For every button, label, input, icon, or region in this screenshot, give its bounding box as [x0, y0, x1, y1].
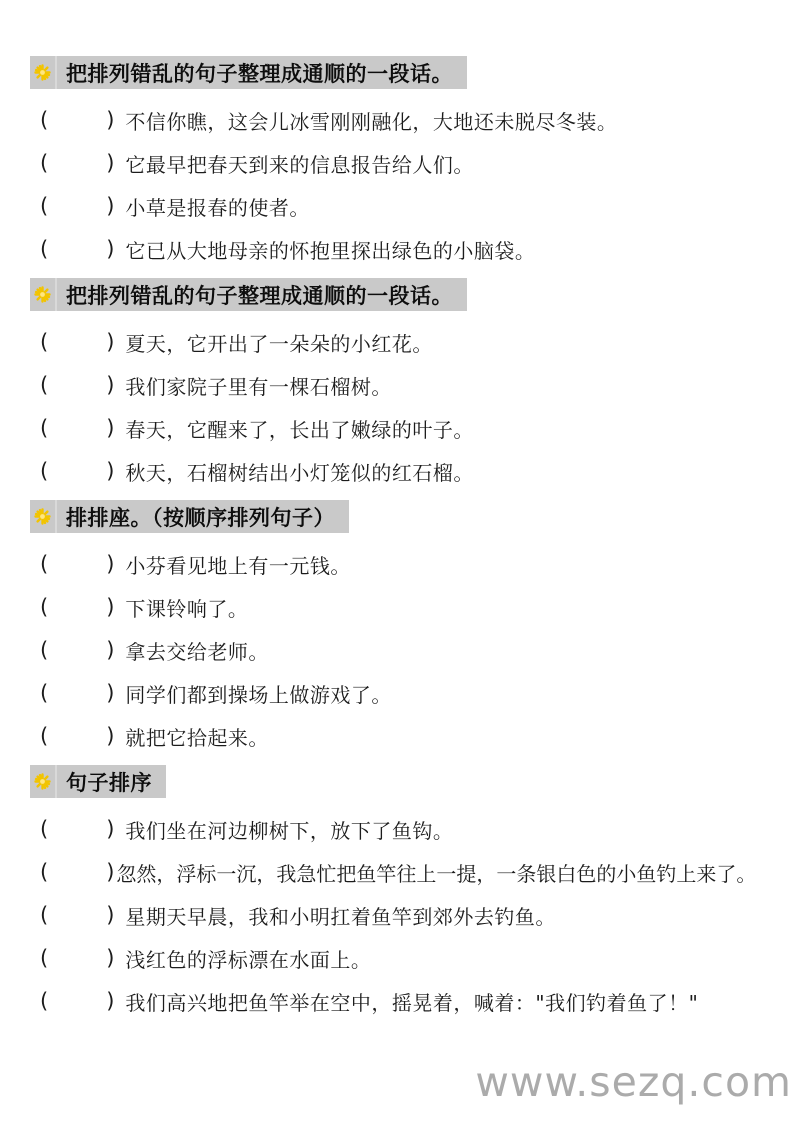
open-paren: ( [40, 459, 48, 483]
flower-icon [30, 500, 57, 533]
section-header: 句子排序 [30, 765, 166, 798]
sentence-row: () 春天，它醒来了，长出了嫩绿的叶子。 [0, 414, 800, 442]
close-paren: ) [106, 989, 114, 1013]
close-paren: ) [106, 860, 114, 884]
answer-blank[interactable] [48, 595, 106, 619]
close-paren: ) [106, 638, 114, 662]
answer-blank[interactable] [48, 416, 106, 440]
sentence-text: 春天，它醒来了，长出了嫩绿的叶子。 [125, 414, 474, 443]
sentence-text: 就把它拾起来。 [125, 722, 269, 751]
sentence-text: 我们家院子里有一棵石榴树。 [125, 371, 392, 400]
sentence-row: () 小芬看见地上有一元钱。 [0, 550, 800, 578]
close-paren: ) [106, 373, 114, 397]
sentence-text: 我们高兴地把鱼竿举在空中，摇晃着，喊着："我们钓着鱼了！" [125, 987, 698, 1016]
sentence-row: () 它最早把春天到来的信息报告给人们。 [0, 149, 800, 177]
answer-blank[interactable] [48, 946, 106, 970]
answer-blank[interactable] [48, 330, 106, 354]
sentence-row: () 忽然，浮标一沉，我急忙把鱼竿往上一提，一条银白色的小鱼钓上来了。 [0, 858, 800, 886]
answer-blank[interactable] [48, 151, 106, 175]
open-paren: ( [40, 373, 48, 397]
sentence-row: () 浅红色的浮标漂在水面上。 [0, 944, 800, 972]
watermark: www.sezq.com [475, 1058, 792, 1106]
section-title: 把排列错乱的句子整理成通顺的一段话。 [57, 278, 467, 311]
open-paren: ( [40, 989, 48, 1013]
sentence-row: () 夏天，它开出了一朵朵的小红花。 [0, 328, 800, 356]
open-paren: ( [40, 860, 48, 884]
sentence-text: 下课铃响了。 [125, 593, 248, 622]
sentence-text: 它最早把春天到来的信息报告给人们。 [125, 149, 474, 178]
sentence-row: () 它已从大地母亲的怀抱里探出绿色的小脑袋。 [0, 235, 800, 263]
answer-blank[interactable] [48, 681, 106, 705]
sentence-text: 星期天早晨，我和小明扛着鱼竿到郊外去钓鱼。 [125, 901, 556, 930]
open-paren: ( [40, 595, 48, 619]
close-paren: ) [106, 724, 114, 748]
close-paren: ) [106, 459, 114, 483]
close-paren: ) [106, 681, 114, 705]
sentence-row: () 不信你瞧，这会儿冰雪刚刚融化，大地还未脱尽冬装。 [0, 106, 800, 134]
section-header: 把排列错乱的句子整理成通顺的一段话。 [30, 278, 467, 311]
sentence-text: 夏天，它开出了一朵朵的小红花。 [125, 328, 433, 357]
sentence-text: 小草是报春的使者。 [125, 192, 310, 221]
close-paren: ) [106, 595, 114, 619]
close-paren: ) [106, 194, 114, 218]
sentence-text: 我们坐在河边柳树下，放下了鱼钩。 [125, 815, 453, 844]
close-paren: ) [106, 903, 114, 927]
open-paren: ( [40, 416, 48, 440]
sentence-row: () 小草是报春的使者。 [0, 192, 800, 220]
open-paren: ( [40, 903, 48, 927]
flower-icon [30, 56, 57, 89]
close-paren: ) [106, 151, 114, 175]
open-paren: ( [40, 817, 48, 841]
section-title: 把排列错乱的句子整理成通顺的一段话。 [57, 56, 467, 89]
open-paren: ( [40, 151, 48, 175]
open-paren: ( [40, 237, 48, 261]
answer-blank[interactable] [48, 237, 106, 261]
answer-blank[interactable] [48, 860, 106, 884]
answer-blank[interactable] [48, 552, 106, 576]
sentence-row: () 我们高兴地把鱼竿举在空中，摇晃着，喊着："我们钓着鱼了！" [0, 987, 800, 1015]
close-paren: ) [106, 237, 114, 261]
sentence-row: () 秋天，石榴树结出小灯笼似的红石榴。 [0, 457, 800, 485]
flower-icon [30, 765, 57, 798]
sentence-text: 秋天，石榴树结出小灯笼似的红石榴。 [125, 457, 474, 486]
sentence-row: () 拿去交给老师。 [0, 636, 800, 664]
flower-icon [30, 278, 57, 311]
answer-blank[interactable] [48, 638, 106, 662]
answer-blank[interactable] [48, 459, 106, 483]
sentence-text: 同学们都到操场上做游戏了。 [125, 679, 392, 708]
open-paren: ( [40, 194, 48, 218]
answer-blank[interactable] [48, 373, 106, 397]
open-paren: ( [40, 638, 48, 662]
sentence-row: () 同学们都到操场上做游戏了。 [0, 679, 800, 707]
sentence-text: 浅红色的浮标漂在水面上。 [125, 944, 371, 973]
close-paren: ) [106, 552, 114, 576]
worksheet-page: { "punctuation": { "open": "(", "close":… [0, 0, 800, 1131]
sentence-row: () 就把它拾起来。 [0, 722, 800, 750]
section-header: 把排列错乱的句子整理成通顺的一段话。 [30, 56, 467, 89]
section-header: 排排座。（按顺序排列句子） [30, 500, 349, 533]
open-paren: ( [40, 681, 48, 705]
answer-blank[interactable] [48, 194, 106, 218]
close-paren: ) [106, 946, 114, 970]
section-title: 句子排序 [57, 765, 166, 798]
sentence-text: 拿去交给老师。 [125, 636, 269, 665]
sentence-text: 忽然，浮标一沉，我急忙把鱼竿往上一提，一条银白色的小鱼钓上来了。 [116, 858, 756, 887]
answer-blank[interactable] [48, 724, 106, 748]
section-title: 排排座。（按顺序排列句子） [57, 500, 349, 533]
sentence-row: () 我们坐在河边柳树下，放下了鱼钩。 [0, 815, 800, 843]
sentence-row: () 我们家院子里有一棵石榴树。 [0, 371, 800, 399]
answer-blank[interactable] [48, 989, 106, 1013]
open-paren: ( [40, 724, 48, 748]
sentence-row: () 下课铃响了。 [0, 593, 800, 621]
answer-blank[interactable] [48, 817, 106, 841]
answer-blank[interactable] [48, 903, 106, 927]
open-paren: ( [40, 108, 48, 132]
close-paren: ) [106, 416, 114, 440]
close-paren: ) [106, 108, 114, 132]
sentence-text: 它已从大地母亲的怀抱里探出绿色的小脑袋。 [125, 235, 535, 264]
sentence-text: 不信你瞧，这会儿冰雪刚刚融化，大地还未脱尽冬装。 [125, 106, 617, 135]
open-paren: ( [40, 330, 48, 354]
open-paren: ( [40, 946, 48, 970]
sentence-row: () 星期天早晨，我和小明扛着鱼竿到郊外去钓鱼。 [0, 901, 800, 929]
close-paren: ) [106, 330, 114, 354]
sentence-text: 小芬看见地上有一元钱。 [125, 550, 351, 579]
answer-blank[interactable] [48, 108, 106, 132]
close-paren: ) [106, 817, 114, 841]
open-paren: ( [40, 552, 48, 576]
